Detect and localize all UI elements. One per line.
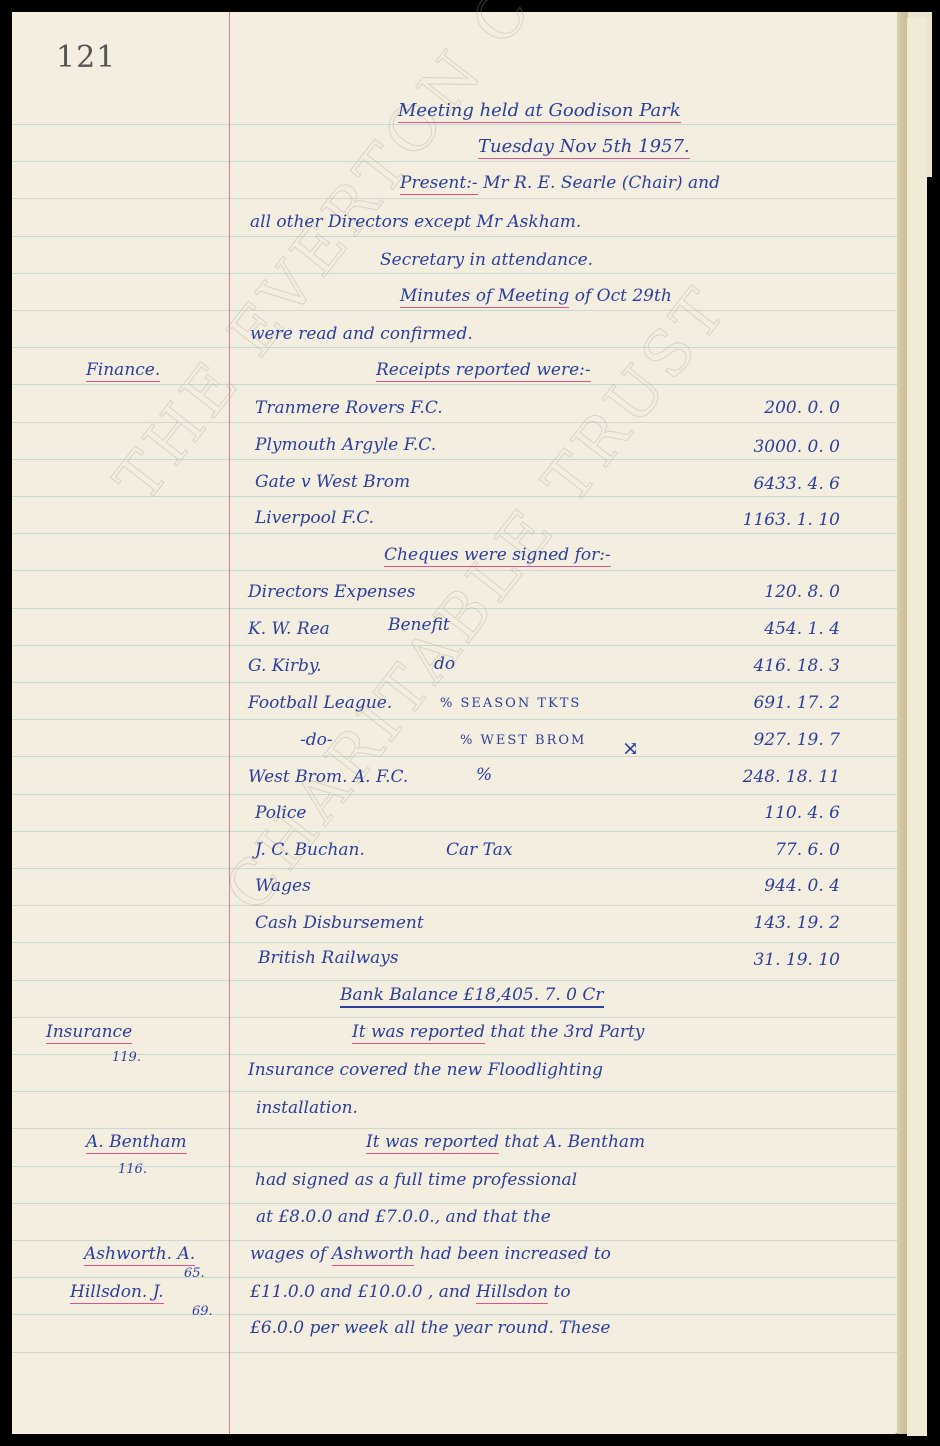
receipt-item: Tranmere Rovers F.C.	[255, 398, 443, 418]
cheque-item: Directors Expenses	[248, 582, 416, 602]
margin-label-hillsdon: Hillsdon. J.	[70, 1282, 164, 1304]
cheque-amount: 248. 18. 11	[743, 767, 840, 787]
bentham-ref: 116.	[118, 1162, 147, 1177]
margin-label-bentham: A. Bentham	[86, 1132, 187, 1154]
ruled-line	[12, 831, 900, 832]
cheque-amount: 31. 19. 10	[753, 950, 840, 970]
ruled-line	[12, 1054, 900, 1055]
cheque-note: % WEST BROM	[460, 733, 586, 748]
margin-label-ashworth: Ashworth. A.	[84, 1244, 195, 1266]
hillsdon-name: Hillsdon	[476, 1282, 548, 1304]
hillsdon-line1-rest: to	[553, 1282, 570, 1302]
insurance-line2: Insurance covered the new Floodlighting	[248, 1060, 603, 1080]
ruled-line	[12, 1203, 900, 1204]
red-margin-line	[229, 12, 230, 1434]
ruled-line	[12, 198, 900, 199]
cheque-amount: 944. 0. 4	[764, 876, 840, 896]
insurance-line1: It was reported that the 3rd Party	[352, 1022, 644, 1042]
reported-phrase: It was reported	[366, 1132, 499, 1154]
insurance-ref: 119.	[112, 1050, 141, 1065]
receipt-amount: 3000. 0. 0	[753, 437, 840, 457]
reported-phrase: It was reported	[352, 1022, 485, 1044]
receipt-amount: 1163. 1. 10	[743, 510, 840, 530]
minutes-label: Minutes of Meeting	[400, 286, 569, 308]
receipt-item: Plymouth Argyle F.C.	[255, 435, 436, 455]
ruled-line	[12, 905, 900, 906]
minutes-confirmed: were read and confirmed.	[250, 324, 473, 344]
ruled-line	[12, 1314, 900, 1315]
hillsdon-line2: £6.0.0 per week all the year round. Thes…	[250, 1318, 610, 1338]
receipt-item: Gate v West Brom	[255, 472, 410, 492]
ruled-line	[12, 1017, 900, 1018]
page-number: 121	[56, 40, 116, 75]
cheque-amount: 927. 19. 7	[753, 730, 840, 750]
ruled-line	[12, 794, 900, 795]
ruled-line	[12, 384, 900, 385]
ruled-line	[12, 980, 900, 981]
cheque-amount: 110. 4. 6	[764, 803, 840, 823]
ashworth-line1: wages of Ashworth had been increased to	[250, 1244, 611, 1264]
cheque-item: Wages	[255, 876, 311, 896]
ruled-line	[12, 161, 900, 162]
ruled-line	[12, 1128, 900, 1129]
ruled-line	[12, 756, 900, 757]
margin-label-insurance: Insurance	[46, 1022, 132, 1044]
ruled-line	[12, 1352, 900, 1353]
present-label: Present:-	[400, 173, 478, 195]
minutes-text: of Oct 29th	[575, 286, 672, 306]
minutes-line: Minutes of Meeting of Oct 29th	[400, 286, 672, 306]
cheques-heading: Cheques were signed for:-	[384, 545, 611, 567]
cross-arrow-mark-icon: ⤨	[622, 736, 639, 760]
cheque-item: Football League.	[248, 693, 392, 713]
cheque-amount: 416. 18. 3	[753, 656, 840, 676]
ruled-line	[12, 1277, 900, 1278]
ruled-line	[12, 533, 900, 534]
hillsdon-ref: 69.	[192, 1304, 213, 1319]
ruled-line	[12, 347, 900, 348]
margin-label-finance: Finance.	[86, 360, 160, 382]
ashworth-name: Ashworth	[332, 1244, 415, 1266]
meeting-title: Meeting held at Goodison Park	[398, 100, 681, 123]
cheque-item: J. C. Buchan.	[255, 840, 365, 860]
cheque-note: do	[434, 654, 455, 674]
cheque-amount: 77. 6. 0	[775, 840, 840, 860]
cheque-note: Benefit	[388, 615, 450, 635]
present-text: Mr R. E. Searle (Chair) and	[483, 173, 720, 193]
bentham-line1-rest: that A. Bentham	[504, 1132, 645, 1152]
bank-balance: Bank Balance £18,405. 7. 0 Cr	[340, 985, 604, 1008]
receipts-heading: Receipts reported were:-	[376, 360, 591, 382]
cheque-amount: 120. 8. 0	[764, 582, 840, 602]
bentham-line3: at £8.0.0 and £7.0.0., and that the	[256, 1207, 551, 1227]
receipt-amount: 200. 0. 0	[764, 398, 840, 418]
cheque-amount: 691. 17. 2	[753, 693, 840, 713]
cheque-item: K. W. Rea	[248, 619, 330, 639]
bentham-line2: had signed as a full time professional	[255, 1170, 577, 1190]
cheque-note: % SEASON TKTS	[440, 696, 581, 711]
present-others: all other Directors except Mr Askham.	[250, 212, 581, 232]
hillsdon-line1: £11.0.0 and £10.0.0 , and Hillsdon to	[250, 1282, 571, 1302]
ruled-line	[12, 1091, 900, 1092]
ashworth-line1-pre: wages of	[250, 1244, 326, 1264]
page-edge	[907, 18, 927, 1436]
cheque-item: British Railways	[258, 948, 399, 968]
ruled-line	[12, 942, 900, 943]
cheque-item: G. Kirby.	[248, 656, 322, 676]
bentham-line1: It was reported that A. Bentham	[366, 1132, 645, 1152]
cheque-item: Cash Disbursement	[255, 913, 424, 933]
cheque-note: Car Tax	[446, 840, 512, 860]
insurance-line1-rest: that the 3rd Party	[490, 1022, 644, 1042]
book-spine	[897, 12, 907, 1434]
cheque-amount: 143. 19. 2	[753, 913, 840, 933]
ruled-line	[12, 310, 900, 311]
insurance-line3: installation.	[256, 1098, 358, 1118]
cheque-amount: 454. 1. 4	[764, 619, 840, 639]
hillsdon-line1-pre: £11.0.0 and £10.0.0 , and	[250, 1282, 471, 1302]
receipt-item: Liverpool F.C.	[255, 508, 374, 528]
ashworth-ref: 65.	[184, 1266, 205, 1281]
ruled-line	[12, 719, 900, 720]
ruled-line	[12, 868, 900, 869]
ruled-line	[12, 236, 900, 237]
ruled-line	[12, 1240, 900, 1241]
cheque-item: West Brom. A. F.C.	[248, 767, 408, 787]
cheque-item: -do-	[300, 730, 333, 750]
cheque-note: %	[476, 765, 492, 785]
ashworth-line1-rest: had been increased to	[420, 1244, 611, 1264]
receipt-amount: 6433. 4. 6	[753, 474, 840, 494]
present-line: Present:- Mr R. E. Searle (Chair) and	[400, 173, 720, 193]
secretary-line: Secretary in attendance.	[380, 250, 593, 270]
meeting-date: Tuesday Nov 5th 1957.	[478, 136, 690, 159]
cheque-item: Police	[255, 803, 306, 823]
ruled-line	[12, 273, 900, 274]
